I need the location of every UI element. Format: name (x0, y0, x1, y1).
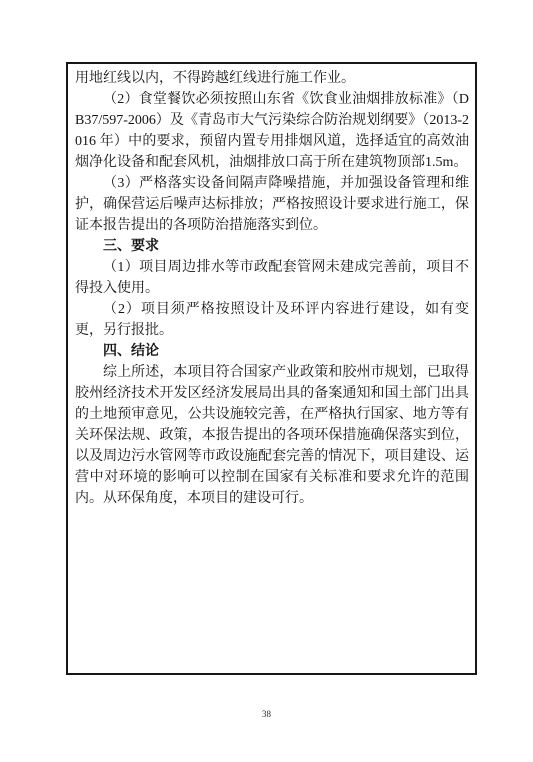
paragraph-conclusion: 综上所述，本项目符合国家产业政策和胶州市规划，已取得胶州经济技术开发区经济发展局… (75, 362, 469, 509)
paragraph-requirement-1: （1）项目周边排水等市政配套管网未建成完善前，项目不得投入使用。 (75, 257, 469, 299)
page-number: 38 (0, 709, 533, 719)
heading-requirements: 三、要求 (75, 236, 469, 257)
paragraph-requirement-2: （2）项目须严格按照设计及环评内容进行建设，如有变更，另行报批。 (75, 299, 469, 341)
document-frame: 用地红线以内，不得跨越红线进行施工作业。 （2）食堂餐饮必须按照山东省《饮食业油… (66, 62, 477, 675)
paragraph-redline-continuation: 用地红线以内，不得跨越红线进行施工作业。 (75, 68, 469, 89)
paragraph-noise-control: （3）严格落实设备间隔声降噪措施，并加强设备管理和维护，确保营运后噪声达标排放；… (75, 173, 469, 236)
heading-conclusion: 四、结论 (75, 341, 469, 362)
paragraph-canteen-fume: （2）食堂餐饮必须按照山东省《饮食业油烟排放标准》（DB37/597-2006）… (75, 89, 469, 173)
